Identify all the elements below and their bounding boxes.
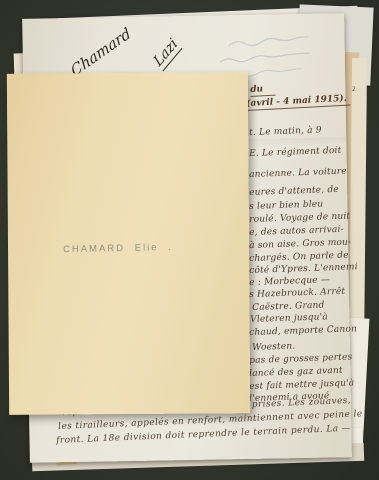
cover-sheet: CHAMARD Elie . — [7, 72, 250, 415]
cover-pencil-label: CHAMARD Elie . — [63, 242, 173, 255]
photo-of-document-stack: Chamard Lazi du(avril - 4 mai 1915).t. L… — [0, 0, 379, 480]
handwriting-line: Woesten. — [252, 341, 296, 353]
handwriting-line: du — [250, 84, 276, 97]
page-number: 2 — [352, 86, 356, 93]
